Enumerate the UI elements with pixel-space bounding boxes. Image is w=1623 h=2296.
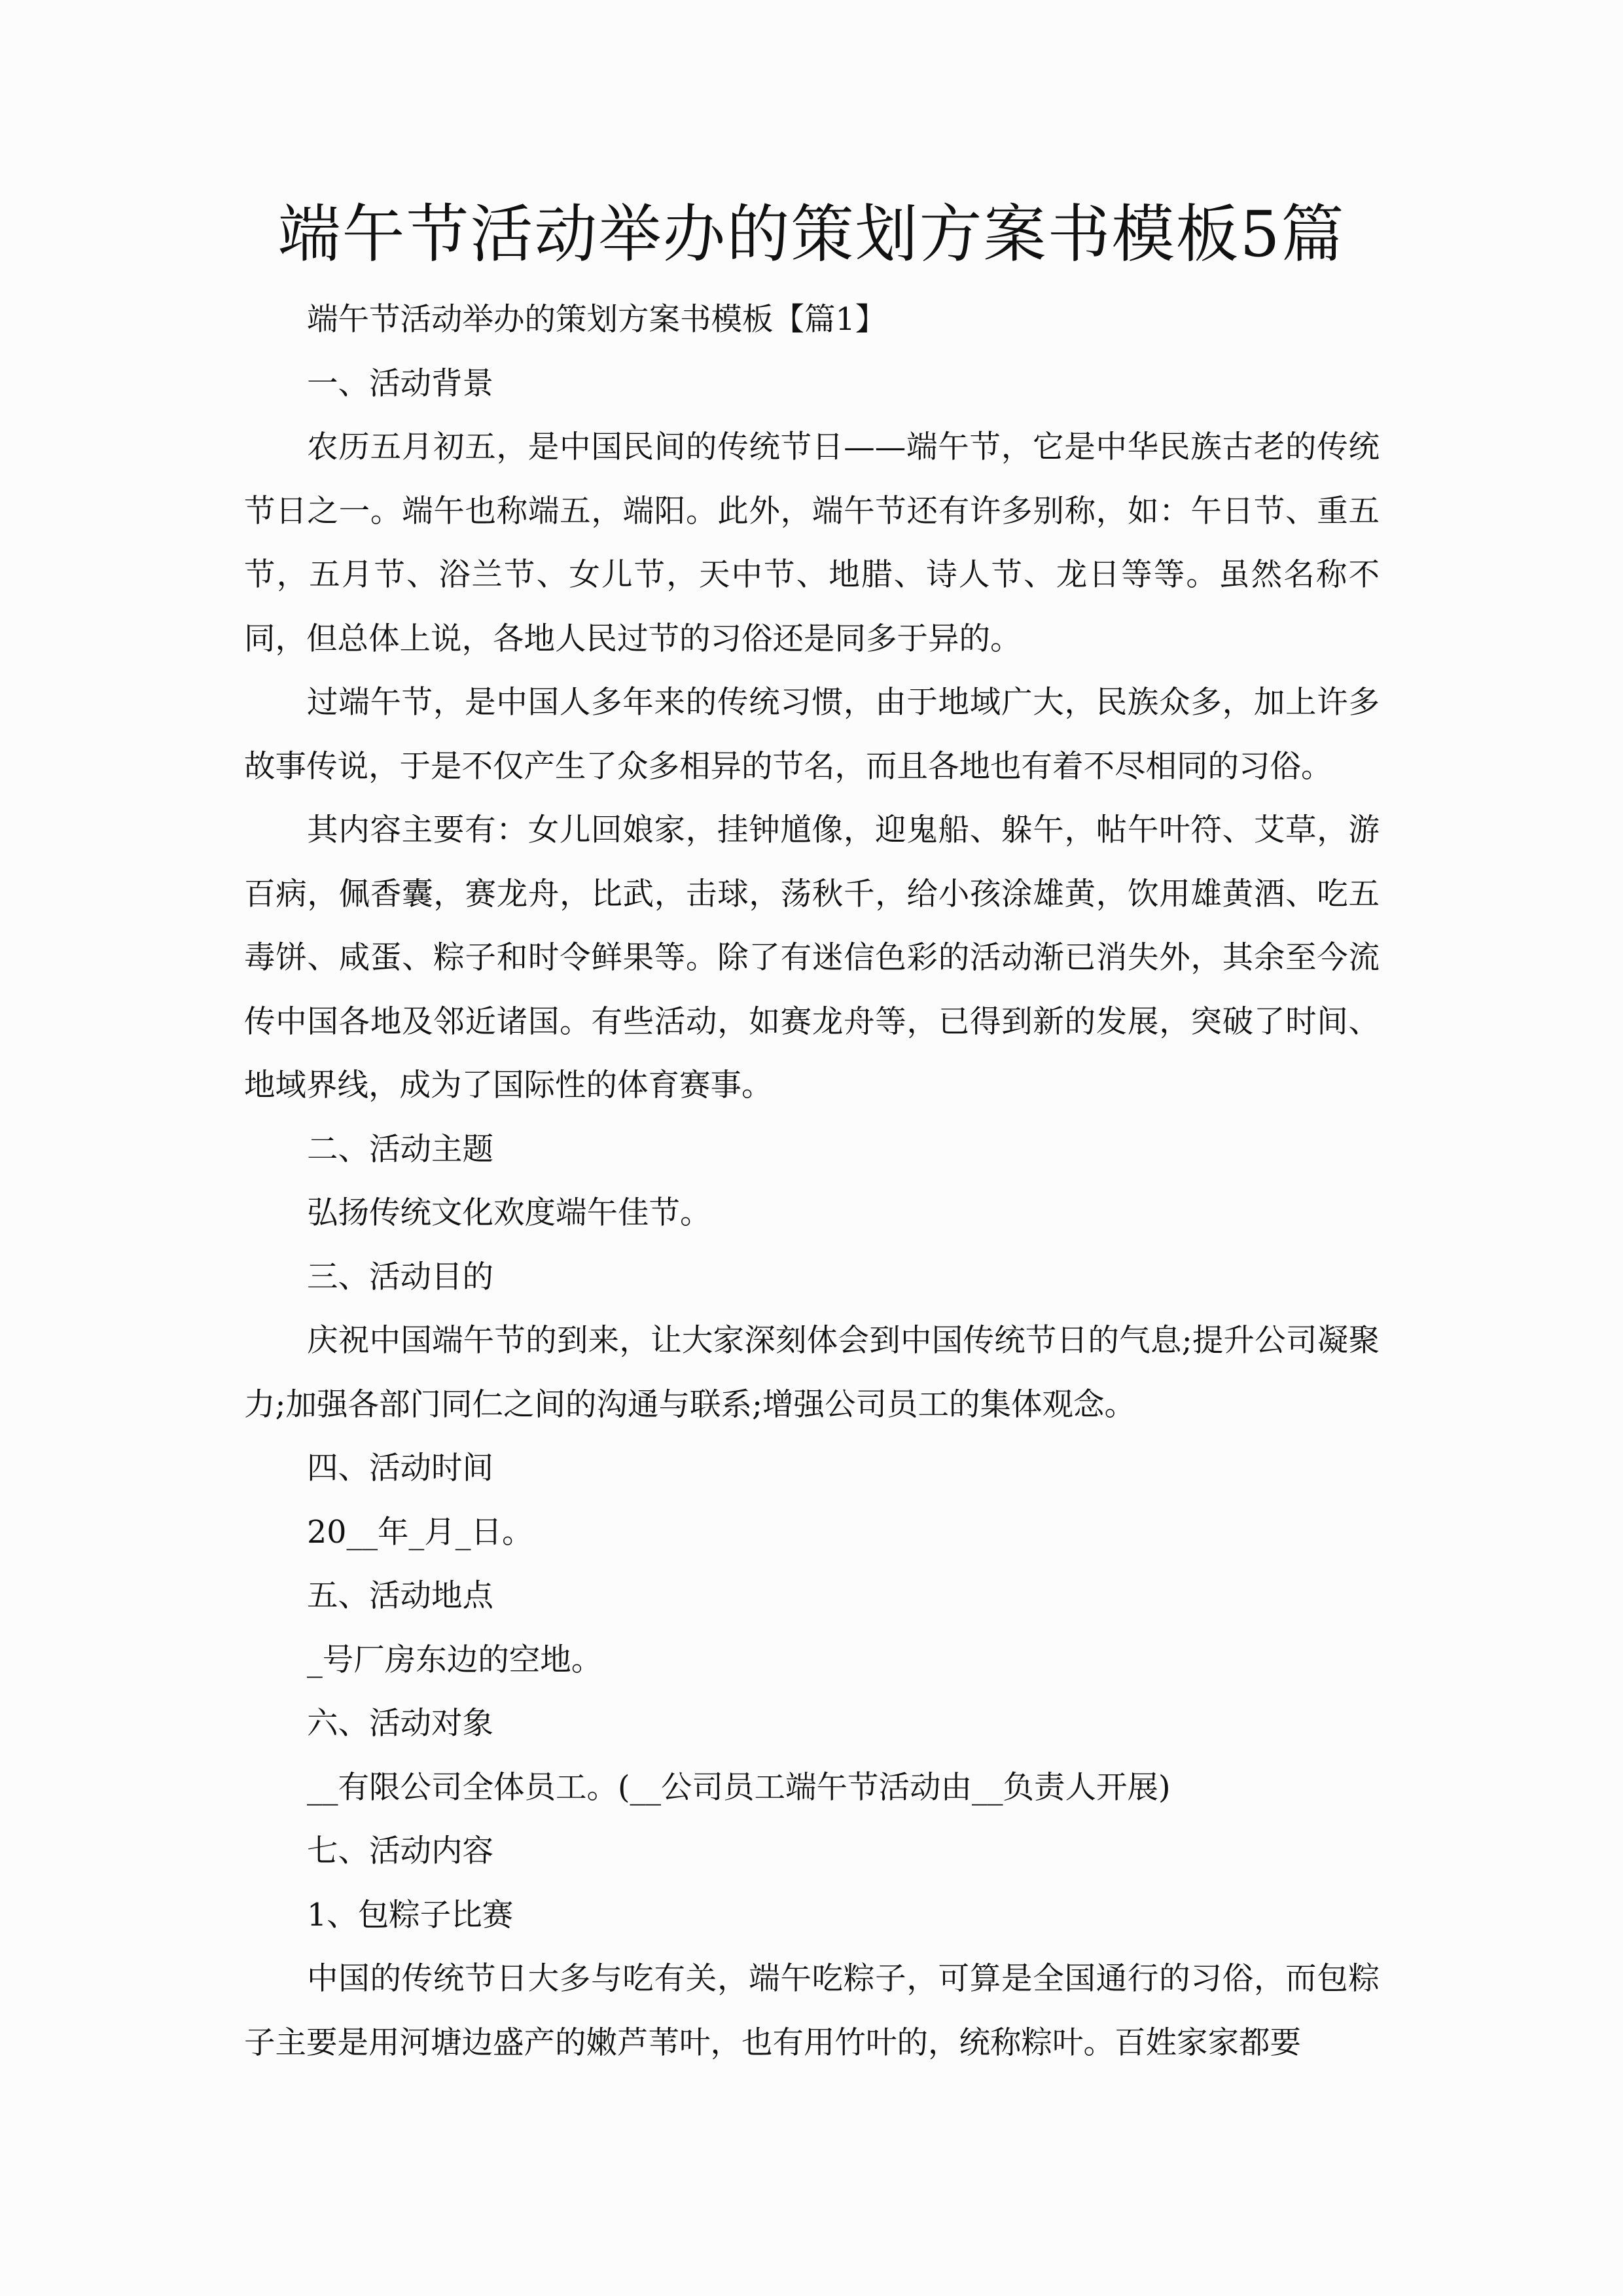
location-text: _号厂房东边的空地。 — [244, 1628, 1380, 1693]
document-title: 端午节活动举办的策划方案书模板5篇 — [0, 188, 1623, 280]
document-page: 端午节活动举办的策划方案书模板5篇 端午节活动举办的策划方案书模板【篇1】 一、… — [0, 0, 1623, 2296]
time-text: 20__年_月_日。 — [244, 1501, 1380, 1565]
paragraph-tradition: 过端午节，是中国人多年来的传统习惯，由于地域广大，民族众多，加上许多故事传说，于… — [244, 671, 1380, 798]
document-body: 端午节活动举办的策划方案书模板【篇1】 一、活动背景 农历五月初五，是中国民间的… — [244, 288, 1380, 2075]
heading-location: 五、活动地点 — [244, 1564, 1380, 1628]
paragraph-customs: 其内容主要有：女儿回娘家，挂钟馗像，迎鬼船、躲午，帖午叶符、艾草，游百病，佩香囊… — [244, 798, 1380, 1118]
theme-text: 弘扬传统文化欢度端午佳节。 — [244, 1181, 1380, 1246]
section-subtitle: 端午节活动举办的策划方案书模板【篇1】 — [244, 288, 1380, 352]
heading-theme: 二、活动主题 — [244, 1118, 1380, 1182]
heading-background: 一、活动背景 — [244, 352, 1380, 416]
paragraph-zongzi: 中国的传统节日大多与吃有关，端午吃粽子，可算是全国通行的习俗，而包粽子主要是用河… — [244, 1947, 1380, 2075]
heading-content: 七、活动内容 — [244, 1820, 1380, 1884]
heading-time: 四、活动时间 — [244, 1437, 1380, 1501]
subheading-zongzi-contest: 1、包粽子比赛 — [244, 1884, 1380, 1948]
audience-text: __有限公司全体员工。(__公司员工端午节活动由__负责人开展) — [244, 1756, 1380, 1820]
heading-audience: 六、活动对象 — [244, 1692, 1380, 1756]
paragraph-purpose: 庆祝中国端午节的到来，让大家深刻体会到中国传统节日的气息;提升公司凝聚力;加强各… — [244, 1309, 1380, 1437]
paragraph-festival-intro: 农历五月初五，是中国民间的传统节日——端午节，它是中华民族古老的传统节日之一。端… — [244, 416, 1380, 671]
heading-purpose: 三、活动目的 — [244, 1246, 1380, 1310]
